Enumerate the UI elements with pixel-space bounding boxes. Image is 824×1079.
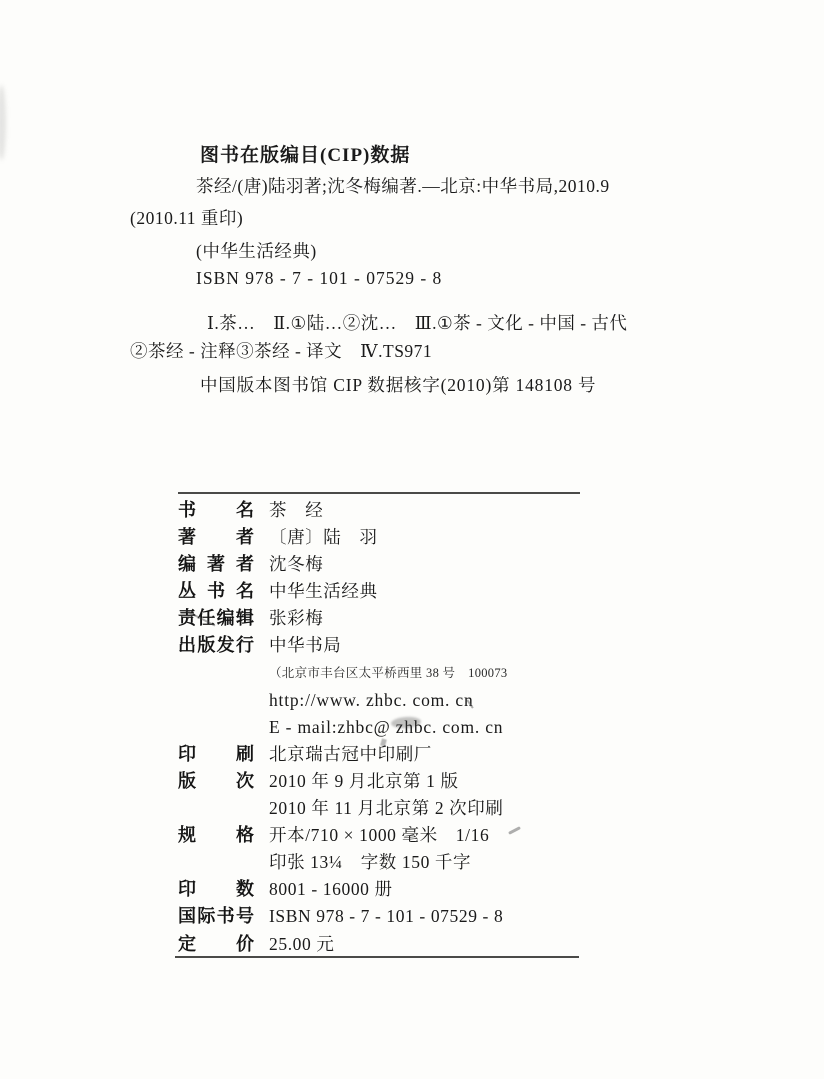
row-value: 2010 年 11 月北京第 2 次印刷: [269, 795, 503, 822]
row-label: 印刷: [178, 741, 254, 768]
row-book-title: 书名 茶 经: [178, 497, 738, 524]
row-label: 出版发行: [178, 632, 254, 659]
row-publisher-address: （北京市丰台区太平桥西里 38 号 100073: [178, 660, 738, 687]
row-value: 张彩梅: [269, 605, 323, 632]
scan-artifact: [0, 85, 6, 160]
row-publisher-email: E - mail:zhbc@ zhbc. com. cn: [178, 714, 738, 741]
row-label: 著者: [178, 524, 254, 551]
cip-title-statement: 茶经/(唐)陆羽著;沈冬梅编著.—北京:中华书局,2010.9: [196, 173, 610, 198]
row-value: 沈冬梅: [269, 551, 323, 578]
row-responsible-editor: 责任编辑 张彩梅: [178, 605, 738, 632]
row-label: 印数: [178, 876, 254, 903]
row-publisher: 出版发行 中华书局: [178, 632, 738, 659]
row-value: 〔唐〕陆 羽: [269, 524, 378, 551]
book-copyright-page: 图书在版编目(CIP)数据 茶经/(唐)陆羽著;沈冬梅编著.—北京:中华书局,2…: [0, 0, 824, 1079]
row-publisher-url: http://www. zhbc. com. cn: [178, 687, 738, 714]
row-format-sheets: 印张 13¼ 字数 150 千字: [178, 849, 738, 876]
row-editor-author: 编著者 沈冬梅: [178, 551, 738, 578]
row-value: 印张 13¼ 字数 150 千字: [269, 849, 471, 876]
row-edition-printing: 2010 年 11 月北京第 2 次印刷: [178, 795, 738, 822]
row-value: 中华书局: [269, 632, 341, 659]
row-value: 8001 - 16000 册: [269, 876, 393, 903]
cip-classification-line2: ②茶经 - 注释③茶经 - 译文 Ⅳ.TS971: [130, 338, 432, 363]
row-isbn: 国际书号 ISBN 978 - 7 - 101 - 07529 - 8: [178, 903, 738, 930]
divider-top: [178, 492, 580, 494]
row-price: 定价 25.00 元: [178, 931, 738, 958]
row-label: 版次: [178, 768, 254, 795]
row-label: 丛书名: [178, 578, 254, 605]
cip-classification-line1: Ⅰ.茶… Ⅱ.①陆…②沈… Ⅲ.①茶 - 文化 - 中国 - 古代: [207, 310, 627, 335]
cip-series-note: (中华生活经典): [196, 238, 317, 263]
row-value: 2010 年 9 月北京第 1 版: [269, 768, 459, 795]
row-value: E - mail:zhbc@ zhbc. com. cn: [269, 714, 503, 741]
row-value: 中华生活经典: [269, 578, 378, 605]
row-value: ISBN 978 - 7 - 101 - 07529 - 8: [269, 903, 503, 930]
row-author: 著者 〔唐〕陆 羽: [178, 524, 738, 551]
row-label: 定价: [178, 931, 254, 958]
cip-reprint-note: (2010.11 重印): [130, 205, 243, 230]
cip-record-number: 中国版本图书馆 CIP 数据核字(2010)第 148108 号: [200, 372, 596, 397]
row-value: 茶 经: [269, 497, 323, 524]
row-format: 规格 开本/710 × 1000 毫米 1/16: [178, 822, 738, 849]
colophon-table: 书名 茶 经 著者 〔唐〕陆 羽 编著者 沈冬梅 丛书名 中华生活经典 责任编辑…: [178, 497, 738, 958]
row-label: 规格: [178, 822, 254, 849]
cip-heading: 图书在版编目(CIP)数据: [200, 140, 410, 167]
row-label: 责任编辑: [178, 605, 254, 632]
row-label: 编著者: [178, 551, 254, 578]
row-value: 北京瑞古冠中印刷厂: [269, 741, 432, 768]
row-series-title: 丛书名 中华生活经典: [178, 578, 738, 605]
row-edition: 版次 2010 年 9 月北京第 1 版: [178, 768, 738, 795]
row-value: （北京市丰台区太平桥西里 38 号 100073: [269, 660, 507, 687]
row-label: 国际书号: [178, 903, 254, 930]
row-value: 开本/710 × 1000 毫米 1/16: [269, 822, 489, 849]
row-label: 书名: [178, 497, 254, 524]
row-printer: 印刷 北京瑞古冠中印刷厂: [178, 741, 738, 768]
row-value: http://www. zhbc. com. cn: [269, 687, 474, 714]
row-print-run: 印数 8001 - 16000 册: [178, 876, 738, 903]
row-value: 25.00 元: [269, 931, 334, 958]
cip-isbn: ISBN 978 - 7 - 101 - 07529 - 8: [196, 268, 442, 289]
